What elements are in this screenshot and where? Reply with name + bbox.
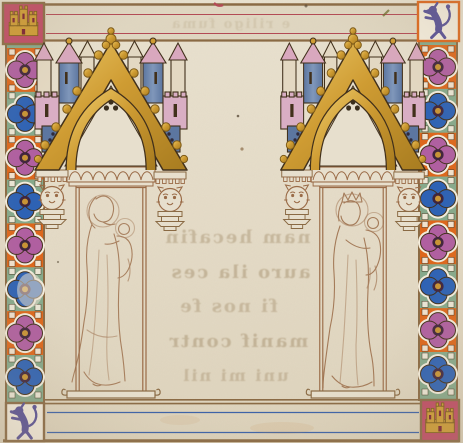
manuscript-illustration: nam hecafinauro ila cesfi nos femanif co… xyxy=(0,0,463,443)
manuscript-page: nam hecafinauro ila cesfi nos femanif co… xyxy=(0,0,463,443)
photo-vignette xyxy=(0,0,463,443)
